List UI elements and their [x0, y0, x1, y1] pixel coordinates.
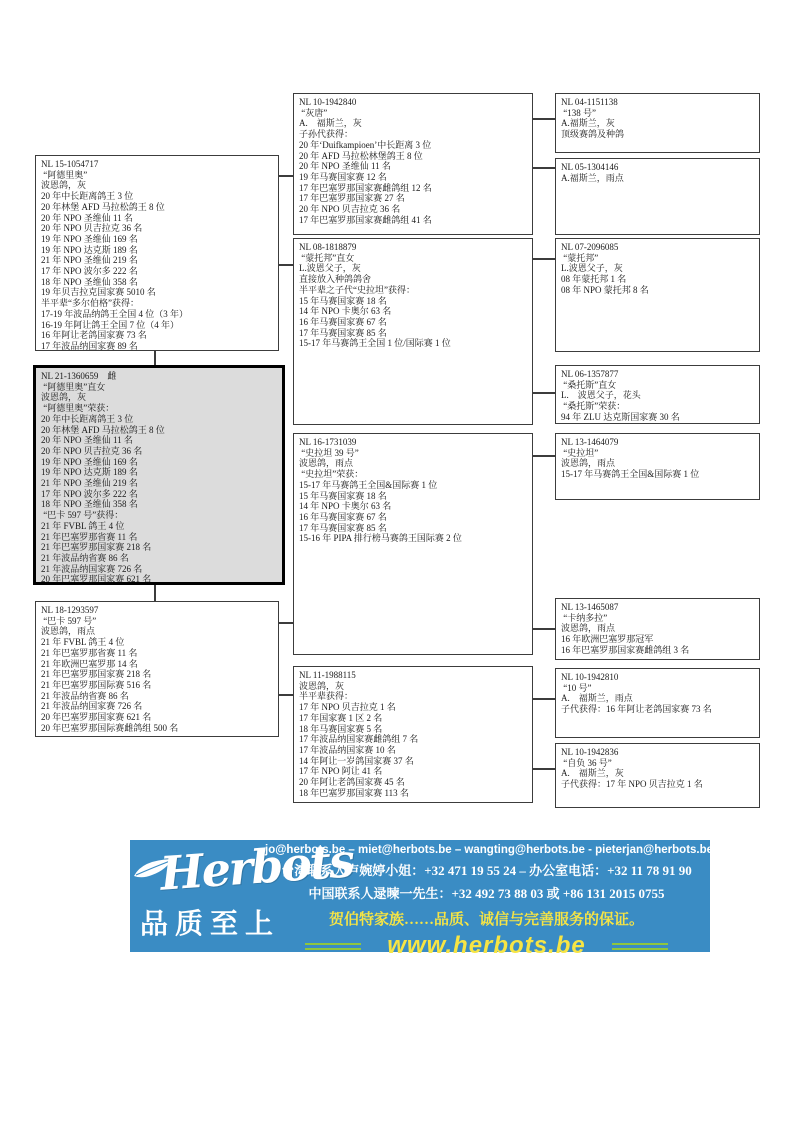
pedigree-box-nl13-1465087: NL 13-1465087 “卡纳多拉”波恩鸽，雨点16 年欧洲巴塞罗那冠军16…	[555, 598, 760, 660]
pedigree-box-nl15-1054717: NL 15-1054717 “阿德里奥”波恩鸽，灰20 年中长距离鸽王 3 位2…	[35, 155, 279, 351]
pedigree-line: “138 号”	[561, 108, 755, 119]
pedigree-line: 20 年 AFD 马拉松林堡鸽王 8 位	[299, 151, 528, 162]
connector-line	[533, 768, 555, 770]
pedigree-line: A. 福斯兰，雨点	[561, 693, 755, 704]
pedigree-line: A. 福斯兰，灰	[561, 768, 755, 779]
pedigree-line: 直接放入种鸽鸽舍	[299, 274, 528, 285]
pedigree-box-nl11-1988115: NL 11-1988115波恩鸽，灰半平辈获得：17 年 NPO 贝吉拉克 1 …	[293, 666, 533, 803]
pedigree-line: 21 年 FVBL 鸽王 4 位	[41, 521, 278, 532]
pedigree-line: 16 年阿让老鸽国家赛 73 名	[41, 330, 274, 341]
pedigree-line: 波恩鸽，雨点	[561, 458, 755, 469]
connector-line	[533, 258, 555, 260]
pedigree-line: 20 年林堡 AFD 马拉松鸽王 8 位	[41, 425, 278, 436]
pedigree-box-nl06-1357877: NL 06-1357877 “桑托斯”直女L. 波恩父子，花头 “桑托斯”荣获：…	[555, 365, 760, 424]
pedigree-line: 19 年 NPO 达克斯 189 名	[41, 467, 278, 478]
pedigree-line: NL 10-1942840	[299, 97, 528, 108]
pedigree-line: 波恩鸽，灰	[41, 180, 274, 191]
pedigree-line: 20 年巴塞罗那国家赛 621 名	[41, 574, 278, 585]
pedigree-line: 21 年巴塞罗那省赛 11 名	[41, 648, 274, 659]
pedigree-line: NL 15-1054717	[41, 159, 274, 170]
connector-line	[279, 694, 293, 696]
pedigree-line: 18 年巴塞罗那国家赛 113 名	[299, 788, 528, 799]
pedigree-line: 波恩鸽，雨点	[299, 458, 528, 469]
pedigree-line: “桑托斯”荣获：	[561, 401, 755, 412]
connector-line	[533, 392, 555, 394]
pedigree-line: 20 年 NPO 圣维仙 11 名	[41, 213, 274, 224]
pedigree-line: 20 年林堡 AFD 马拉松鸽王 8 位	[41, 202, 274, 213]
pedigree-line: NL 07-2096085	[561, 242, 755, 253]
pedigree-line: 19 年 NPO 圣维仙 169 名	[41, 457, 278, 468]
pedigree-line: 15-17 年马赛鸽王全国 1 位/国际赛 1 位	[299, 338, 528, 349]
pedigree-line: 21 年波品纳省赛 86 名	[41, 691, 274, 702]
pedigree-line: 19 年马赛国家赛 12 名	[299, 172, 528, 183]
pedigree-line: 半平辈“多尔伯格”获得：	[41, 298, 274, 309]
pedigree-line: 15 年马赛国家赛 18 名	[299, 491, 528, 502]
pedigree-line: 波恩鸽，雨点	[561, 623, 755, 634]
pedigree-box-nl21-1360659-subject: NL 21-1360659 雌 “阿德里奥”直女波恩鸽，灰 “阿德里奥”荣获：2…	[33, 365, 285, 585]
pedigree-line: 20 年 NPO 贝吉拉克 36 名	[41, 223, 274, 234]
pedigree-line: 21 年波品纳省赛 86 名	[41, 553, 278, 564]
divider-lines	[612, 943, 668, 950]
connector-line	[279, 175, 293, 177]
pedigree-line: “巴卡 597 号”	[41, 616, 274, 627]
pedigree-line: 17-19 年波品纳鸽王全国 4 位（3 年）	[41, 309, 274, 320]
pedigree-line: “阿德里奥”直女	[41, 382, 278, 393]
pedigree-line: 17 年 NPO 阿让 41 名	[299, 766, 528, 777]
pedigree-line: A.福斯兰，灰	[561, 118, 755, 129]
pedigree-line: NL 10-1942836	[561, 747, 755, 758]
pedigree-line: “蒙托邦”直女	[299, 253, 528, 264]
pedigree-line: 18 年 NPO 圣维仙 358 名	[41, 499, 278, 510]
pedigree-line: “阿德里奥”	[41, 170, 274, 181]
pedigree-line: “桑托斯”直女	[561, 380, 755, 391]
pedigree-line: 20 年 NPO 圣维仙 11 名	[299, 161, 528, 172]
pedigree-line: NL 10-1942810	[561, 672, 755, 683]
pedigree-line: 子孙代获得：	[299, 129, 528, 140]
pedigree-line: 16 年巴塞罗那国家赛雌鸽组 3 名	[561, 645, 755, 656]
pedigree-line: 17 年 NPO 贝吉拉克 1 名	[299, 702, 528, 713]
pedigree-box-nl16-1731039: NL 16-1731039 “史拉坦 39 号”波恩鸽，雨点 “史拉坦”荣获：1…	[293, 433, 533, 655]
pedigree-line: 18 年马赛国家赛 5 名	[299, 724, 528, 735]
contact-china: 中国联系人逯暕一先生：+32 492 73 88 03 或 +86 131 20…	[265, 883, 708, 902]
pedigree-line: 15 年马赛国家赛 18 名	[299, 296, 528, 307]
pedigree-line: “灰唐”	[299, 108, 528, 119]
pedigree-line: 20 年 NPO 圣维仙 11 名	[41, 435, 278, 446]
pedigree-line: 21 年欧洲巴塞罗那 14 名	[41, 659, 274, 670]
pedigree-line: 21 年波品纳国家赛 726 名	[41, 701, 274, 712]
connector-line	[154, 351, 156, 365]
pedigree-line: 20 年中长距离鸽王 3 位	[41, 191, 274, 202]
pedigree-line: 17 年波品纳国家赛 10 名	[299, 745, 528, 756]
pedigree-line: 20 年阿让老鸽国家赛 45 名	[299, 777, 528, 788]
pedigree-line: NL 18-1293597	[41, 605, 274, 616]
pedigree-line: 20 年 NPO 贝吉拉克 36 名	[41, 446, 278, 457]
pedigree-line: 16 年马赛国家赛 67 名	[299, 317, 528, 328]
connector-line	[154, 585, 156, 601]
pedigree-line: 16 年马赛国家赛 67 名	[299, 512, 528, 523]
pedigree-line: 20 年巴塞罗那国际赛雌鸽组 500 名	[41, 723, 274, 734]
pedigree-line: “自负 36 号”	[561, 758, 755, 769]
pedigree-line: 21 年 FVBL 鸽王 4 位	[41, 637, 274, 648]
contact-taiwan: 台湾联系人卢婉婷小姐：+32 471 19 55 24 – 办公室电话：+32 …	[265, 860, 708, 879]
pedigree-box-nl05-1304146: NL 05-1304146A.福斯兰，雨点	[555, 158, 760, 235]
pedigree-line: 94 年 ZLU 达克斯国家赛 30 名	[561, 412, 755, 423]
pedigree-line: 08 年 NPO 蒙托邦 8 名	[561, 285, 755, 296]
pedigree-line: NL 06-1357877	[561, 369, 755, 380]
pedigree-line: 17 年波品纳国家赛 89 名	[41, 341, 274, 351]
pedigree-line: NL 16-1731039	[299, 437, 528, 448]
connector-line	[533, 118, 555, 120]
connector-line	[279, 622, 293, 624]
connector-line	[533, 628, 555, 630]
pedigree-line: 20 年中长距离鸽王 3 位	[41, 414, 278, 425]
pedigree-line: 21 年 NPO 圣维仙 219 名	[41, 478, 278, 489]
pedigree-line: “卡纳多拉”	[561, 613, 755, 624]
pedigree-line: NL 13-1465087	[561, 602, 755, 613]
pedigree-line: NL 11-1988115	[299, 670, 528, 681]
pedigree-line: 17 年国家赛 1 区 2 名	[299, 713, 528, 724]
herbots-banner: Herbots 品质至上 jo@herbots.be – miet@herbot…	[130, 840, 710, 952]
pedigree-line: 20 年 NPO 贝吉拉克 36 名	[299, 204, 528, 215]
pedigree-box-nl10-1942840: NL 10-1942840 “灰唐”A. 福斯兰，灰子孙代获得：20 年‘Dui…	[293, 93, 533, 235]
pedigree-line: “蒙托邦”	[561, 253, 755, 264]
pedigree-box-nl13-1464079: NL 13-1464079 “史拉坦”波恩鸽，雨点15-17 年马赛鸽王全国&国…	[555, 433, 760, 500]
pedigree-line: 20 年巴塞罗那国家赛 621 名	[41, 712, 274, 723]
pedigree-line: 子代获得：16 年阿让老鸽国家赛 73 名	[561, 704, 755, 715]
pedigree-line: “巴卡 597 号”获得：	[41, 510, 278, 521]
pedigree-line: 15-17 年马赛鸽王全国&国际赛 1 位	[561, 469, 755, 480]
pedigree-line: NL 04-1151138	[561, 97, 755, 108]
pedigree-line: A.福斯兰，雨点	[561, 173, 755, 184]
pedigree-line: 18 年 NPO 圣维仙 358 名	[41, 277, 274, 288]
pedigree-line: 21 年 NPO 圣维仙 219 名	[41, 255, 274, 266]
pedigree-box-nl10-1942810: NL 10-1942810 “10 号”A. 福斯兰，雨点子代获得：16 年阿让…	[555, 668, 760, 738]
pedigree-box-nl18-1293597: NL 18-1293597 “巴卡 597 号”波恩鸽，雨点21 年 FVBL …	[35, 601, 279, 737]
quality-slogan: 品质至上	[140, 902, 280, 942]
pedigree-line: “阿德里奥”荣获：	[41, 403, 278, 414]
pedigree-line: 19 年 NPO 达克斯 189 名	[41, 245, 274, 256]
pedigree-line: 14 年阿让一岁鸽国家赛 37 名	[299, 756, 528, 767]
banner-tagline: 贺伯特家族……品质、诚信与完善服务的保证。	[265, 908, 708, 929]
pedigree-line: NL 05-1304146	[561, 162, 755, 173]
pedigree-line: 20 年‘Duifkampioen’中长距离 3 位	[299, 140, 528, 151]
pedigree-line: 14 年 NPO 卡奥尔 63 名	[299, 501, 528, 512]
pedigree-line: 21 年巴塞罗那省赛 11 名	[41, 532, 278, 543]
pedigree-line: “史拉坦”荣获：	[299, 469, 528, 480]
pedigree-line: 子代获得：17 年 NPO 贝吉拉克 1 名	[561, 779, 755, 790]
pedigree-line: 波恩鸽，灰	[41, 392, 278, 403]
pedigree-box-nl10-1942836: NL 10-1942836 “自负 36 号”A. 福斯兰，灰子代获得：17 年…	[555, 743, 760, 808]
pedigree-line: 17 年 NPO 波尔多 222 名	[41, 266, 274, 277]
pedigree-line: 17 年巴塞罗那国家赛 27 名	[299, 193, 528, 204]
pedigree-line: 21 年波品纳国家赛 726 名	[41, 564, 278, 575]
pedigree-line: 15-16 年 PIPA 排行榜马赛鸽王国际赛 2 位	[299, 533, 528, 544]
connector-line	[533, 455, 555, 457]
pedigree-line: 15-17 年马赛鸽王全国&国际赛 1 位	[299, 480, 528, 491]
pedigree-box-nl07-2096085: NL 07-2096085 “蒙托邦”L.波恩父子，灰08 年蒙托邦 1 名08…	[555, 238, 760, 352]
pedigree-line: 16-19 年阿让鸽王全国 7 位（4 年）	[41, 320, 274, 331]
pedigree-line: 16 年欧洲巴塞罗那冠军	[561, 634, 755, 645]
pedigree-line: A. 福斯兰，灰	[299, 118, 528, 129]
pedigree-line: 波恩鸽，灰	[299, 681, 528, 692]
pedigree-line: NL 08-1818879	[299, 242, 528, 253]
pedigree-page: NL 15-1054717 “阿德里奥”波恩鸽，灰20 年中长距离鸽王 3 位2…	[0, 0, 793, 1122]
connector-line	[533, 167, 555, 169]
pedigree-line: 21 年巴塞罗那国家赛 218 名	[41, 542, 278, 553]
pedigree-line: L.波恩父子，灰	[299, 263, 528, 274]
pedigree-box-nl04-1151138: NL 04-1151138 “138 号”A.福斯兰，灰顶级赛鸽及种鸽	[555, 93, 760, 153]
pedigree-line: 半平辈之子代“史拉坦”获得：	[299, 285, 528, 296]
pedigree-line: 17 年马赛国家赛 85 名	[299, 523, 528, 534]
pedigree-line: “10 号”	[561, 683, 755, 694]
pedigree-line: 14 年 NPO 卡奥尔 63 名	[299, 306, 528, 317]
pedigree-line: 17 年马赛国家赛 85 名	[299, 328, 528, 339]
url-row: www.herbots.be	[265, 932, 708, 960]
pedigree-line: 17 年波品纳国家赛雌鸽组 7 名	[299, 734, 528, 745]
pedigree-line: 半平辈获得：	[299, 691, 528, 702]
pedigree-line: 08 年蒙托邦 1 名	[561, 274, 755, 285]
pedigree-line: 波恩鸽，雨点	[41, 626, 274, 637]
divider-lines	[305, 943, 361, 950]
pedigree-line: 顶级赛鸽及种鸽	[561, 129, 755, 140]
pedigree-line: 21 年巴塞罗那国家赛 218 名	[41, 669, 274, 680]
contact-emails[interactable]: jo@herbots.be – miet@herbots.be – wangti…	[265, 844, 708, 856]
pedigree-line: NL 21-1360659 雌	[41, 371, 278, 382]
pedigree-line: 19 年 NPO 圣维仙 169 名	[41, 234, 274, 245]
pedigree-line: 17 年巴塞罗那国家赛雌鸽组 41 名	[299, 215, 528, 226]
pedigree-line: “史拉坦 39 号”	[299, 448, 528, 459]
pedigree-line: L. 波恩父子，花头	[561, 390, 755, 401]
pedigree-line: 21 年巴塞罗那国际赛 516 名	[41, 680, 274, 691]
connector-line	[279, 264, 293, 266]
pedigree-line: 17 年巴塞罗那国家赛雌鸽组 12 名	[299, 183, 528, 194]
herbots-url[interactable]: www.herbots.be	[387, 932, 585, 960]
pedigree-line: “史拉坦”	[561, 448, 755, 459]
pedigree-line: 19 年贝吉拉克国家赛 5010 名	[41, 287, 274, 298]
pedigree-box-nl08-1818879: NL 08-1818879 “蒙托邦”直女L.波恩父子，灰直接放入种鸽鸽舍半平辈…	[293, 238, 533, 425]
connector-line	[533, 698, 555, 700]
pedigree-line: L.波恩父子，灰	[561, 263, 755, 274]
pedigree-line: 17 年 NPO 波尔多 222 名	[41, 489, 278, 500]
pedigree-line: NL 13-1464079	[561, 437, 755, 448]
